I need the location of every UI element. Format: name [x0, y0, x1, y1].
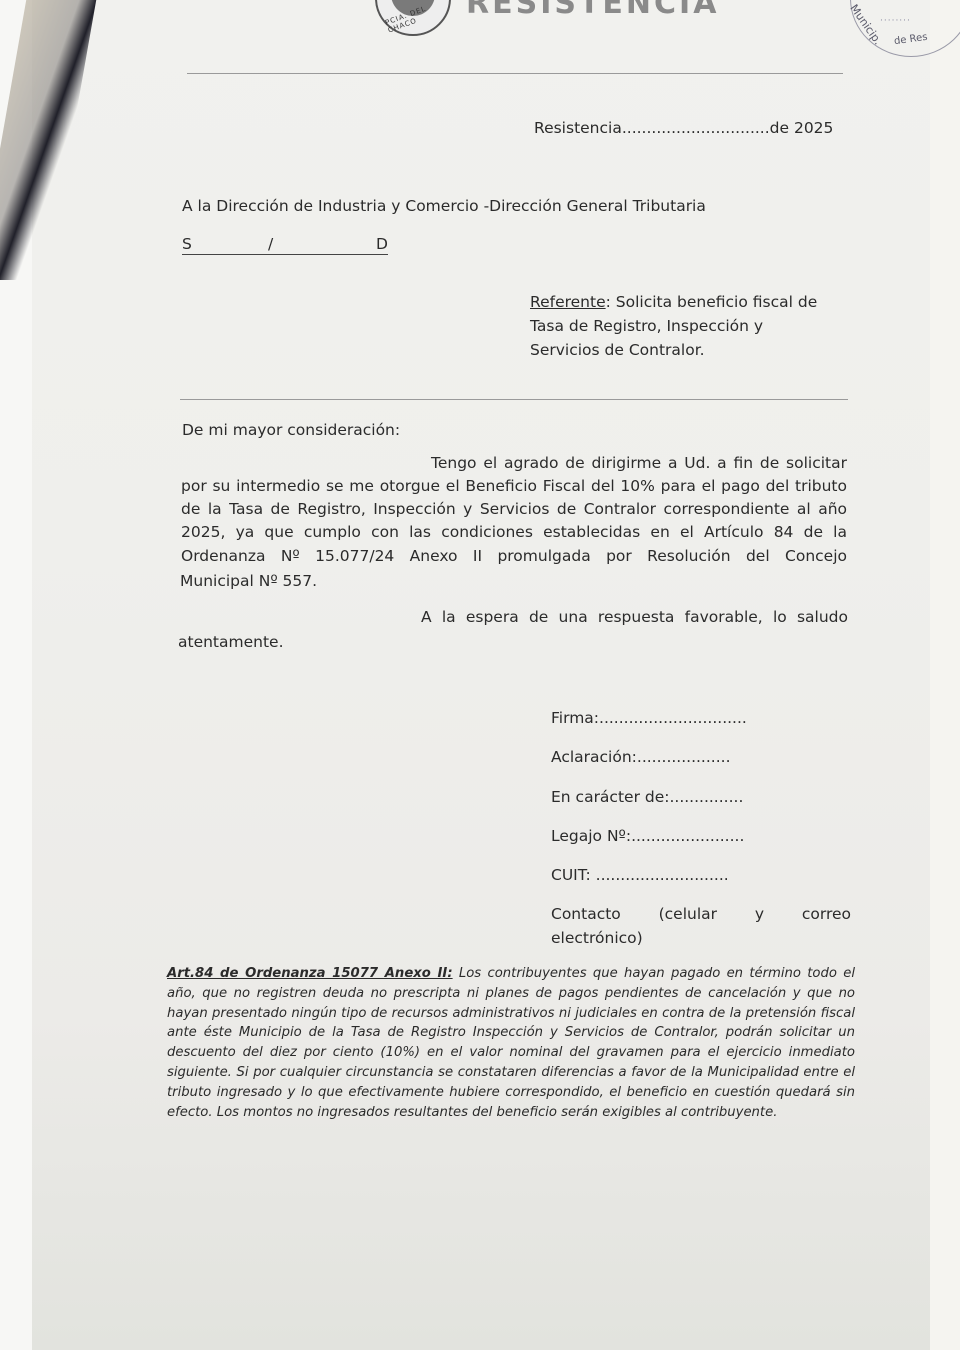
field-contacto-line-1: Contacto (celular y correo: [551, 903, 851, 927]
sd-line: S / D: [182, 234, 388, 255]
header-divider: [187, 73, 843, 74]
greeting: De mi mayor consideración:: [182, 418, 400, 442]
recipient-line: A la Dirección de Industria y Comercio -…: [182, 194, 706, 218]
footnote-text: Los contribuyentes que hayan pagado en t…: [167, 966, 855, 1120]
body-p1-line-4: 2025, ya que cumplo con las condiciones …: [181, 521, 847, 545]
reference-divider: [180, 399, 848, 400]
body-p1-line-2: por su intermedio se me otorgue el Benef…: [181, 475, 847, 499]
date-year: de 2025: [770, 119, 834, 137]
body-p1-line-5: Ordenanza Nº 15.077/24 Anexo II promulga…: [181, 545, 847, 569]
date-dots: ..............................: [622, 119, 770, 137]
sd-d: D: [376, 232, 388, 256]
reference-line-1: Referente: Solicita beneficio fiscal de: [530, 290, 817, 314]
field-cuit: CUIT: ...........................: [551, 863, 729, 887]
body-p1-line-3: de la Tasa de Registro, Inspección y Ser…: [181, 498, 847, 522]
field-aclaracion: Aclaración:...................: [551, 745, 731, 769]
footnote-article-84: Art.84 de Ordenanza 15077 Anexo II: Los …: [167, 964, 855, 1122]
field-legajo: Legajo Nº:.......................: [551, 824, 744, 848]
date-place: Resistencia: [534, 119, 622, 137]
body-p1-line-1: Tengo el agrado de dirigirme a Ud. a fin…: [431, 452, 847, 476]
reference-label: Referente: [530, 293, 606, 311]
sd-s: S: [182, 232, 192, 256]
body-p1-line-6: Municipal Nº 557.: [180, 569, 317, 593]
field-firma: Firma:..............................: [551, 706, 747, 730]
footnote-title: Art.84 de Ordenanza 15077 Anexo II:: [167, 966, 453, 981]
body-p2-line-2: atentamente.: [178, 630, 284, 654]
date-line: Resistencia.............................…: [534, 116, 833, 140]
reference-line-3: Servicios de Contralor.: [530, 338, 705, 362]
body-p2-line-1: A la espera de una respuesta favorable, …: [421, 606, 848, 630]
header-title: RESISTENCIA: [466, 0, 719, 21]
field-contacto-line-2: electrónico): [551, 926, 643, 950]
reference-text-1: : Solicita beneficio fiscal de: [606, 293, 818, 311]
stamp-dots: ········: [880, 16, 911, 26]
background-right: [930, 0, 960, 1350]
field-caracter: En carácter de:...............: [551, 785, 743, 809]
reference-line-2: Tasa de Registro, Inspección y: [530, 314, 763, 338]
sd-slash: /: [268, 232, 273, 256]
